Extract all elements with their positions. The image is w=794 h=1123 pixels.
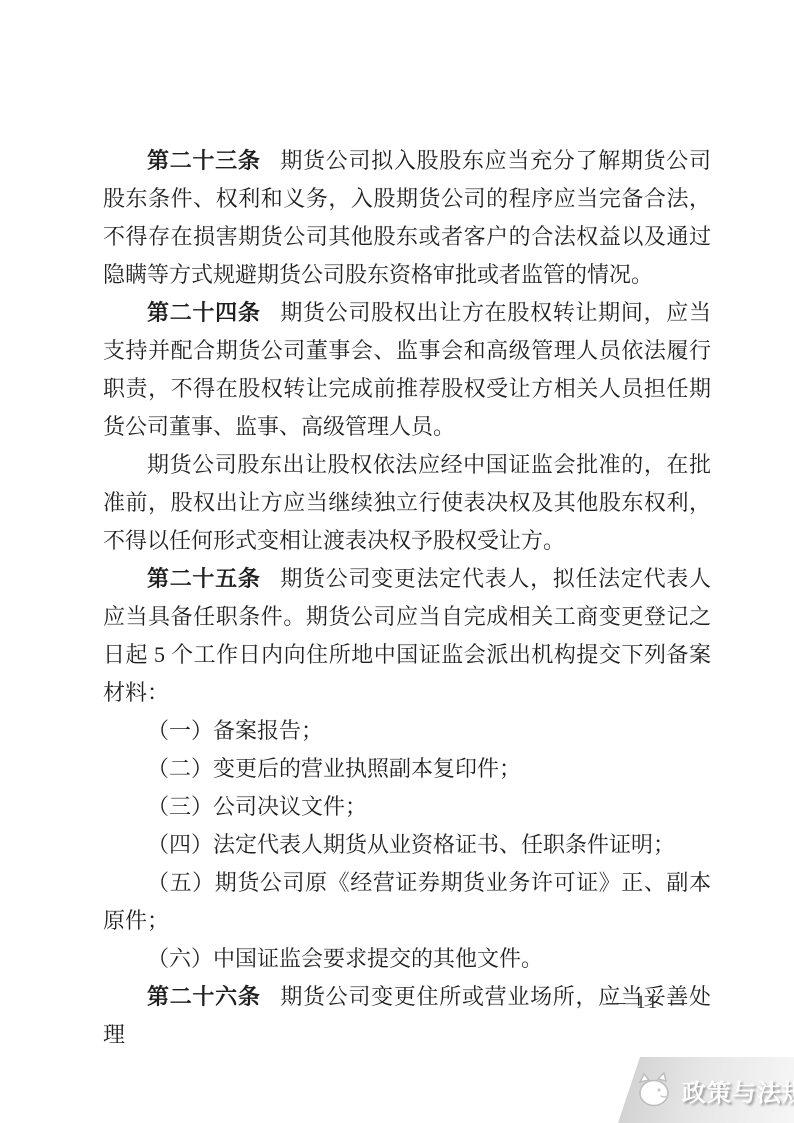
- publisher-watermark: 政策与法规: [618, 1057, 794, 1123]
- document-page: 第二十三条期货公司拟入股股东应当充分了解期货公司股东条件、权利和义务，入股期货公…: [0, 0, 794, 1123]
- list-item-1: （一）备案报告；: [103, 712, 711, 750]
- paragraph-text: （二）变更后的营业执照副本复印件；: [147, 756, 521, 781]
- paragraph-article-26: 第二十六条期货公司变更住所或营业场所，应当妥善处理: [103, 978, 711, 1054]
- paragraph-article-25: 第二十五条期货公司变更法定代表人，拟任法定代表人应当具备任职条件。期货公司应当自…: [103, 560, 711, 712]
- paragraph-text: （四）法定代表人期货从业资格证书、任职条件证明；: [147, 832, 675, 857]
- article-number-heading: 第二十五条: [147, 566, 261, 591]
- paragraph-text: （一）备案报告；: [147, 718, 323, 743]
- document-body: 第二十三条期货公司拟入股股东应当充分了解期货公司股东条件、权利和义务，入股期货公…: [103, 142, 711, 1054]
- paragraph-text: 期货公司股东出让股权依法应经中国证监会批准的，在批准前，股权出让方应当继续独立行…: [103, 452, 711, 553]
- paragraph-text: （五）期货公司原《经营证券期货业务许可证》正、副本原件；: [103, 870, 711, 933]
- publisher-watermark-label: 政策与法规: [682, 1073, 794, 1108]
- list-item-2: （二）变更后的营业执照副本复印件；: [103, 750, 711, 788]
- paragraph-article-24-continued: 期货公司股东出让股权依法应经中国证监会批准的，在批准前，股权出让方应当继续独立行…: [103, 446, 711, 560]
- list-item-4: （四）法定代表人期货从业资格证书、任职条件证明；: [103, 826, 711, 864]
- list-item-3: （三）公司决议文件；: [103, 788, 711, 826]
- list-item-5: （五）期货公司原《经营证券期货业务许可证》正、副本原件；: [103, 864, 711, 940]
- article-number-heading: 第二十六条: [147, 984, 261, 1009]
- article-number-heading: 第二十四条: [147, 300, 261, 325]
- article-number-heading: 第二十三条: [147, 148, 261, 173]
- paragraph-article-23: 第二十三条期货公司拟入股股东应当充分了解期货公司股东条件、权利和义务，入股期货公…: [103, 142, 711, 294]
- list-item-6: （六）中国证监会要求提交的其他文件。: [103, 940, 711, 978]
- paragraph-article-24: 第二十四条期货公司股权出让方在股权转让期间，应当支持并配合期货公司董事会、监事会…: [103, 294, 711, 446]
- paragraph-text: （六）中国证监会要求提交的其他文件。: [147, 946, 543, 971]
- paragraph-text: （三）公司决议文件；: [147, 794, 367, 819]
- page-number: — 11 —: [606, 992, 690, 1014]
- cat-logo-icon: [634, 1072, 674, 1108]
